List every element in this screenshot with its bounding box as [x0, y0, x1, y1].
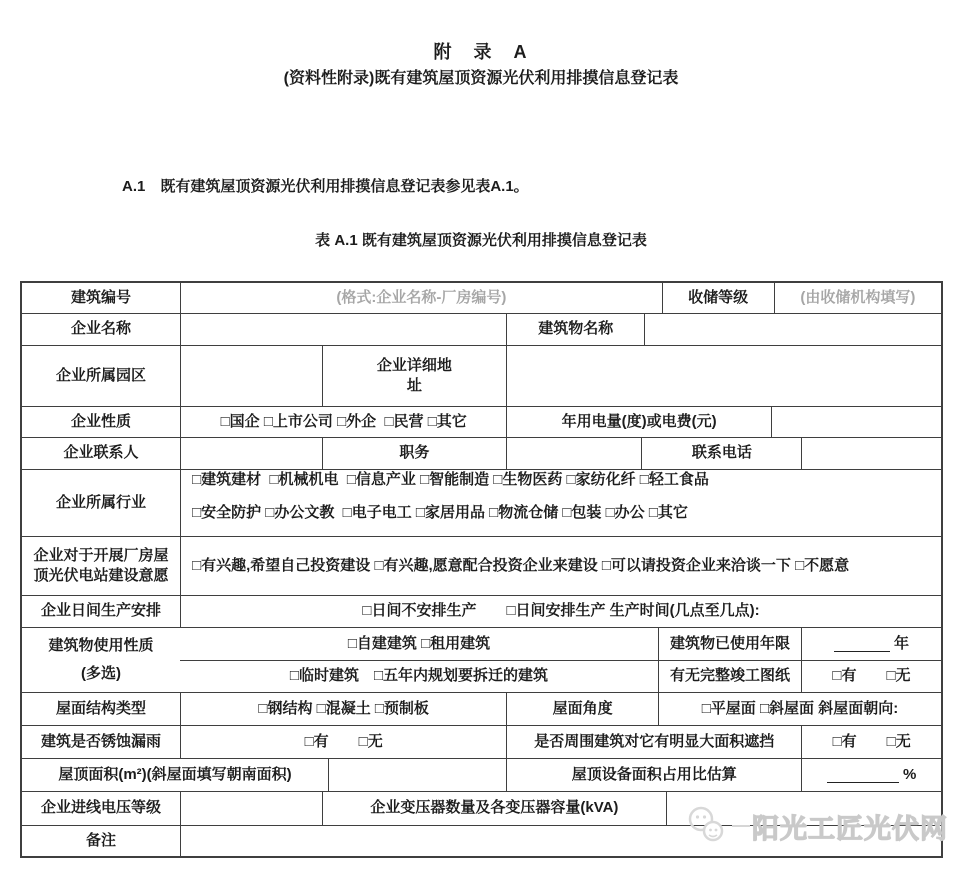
willingness-options[interactable]: □有兴趣,希望自己投资建设 □有兴趣,愿意配合投资企业来建设 □可以请投资企业来… — [180, 537, 941, 595]
industry-label: 企业所属行业 — [22, 470, 180, 536]
industry-options[interactable]: □建筑建材 □机械机电 □信息产业 □智能制造 □生物医药 □家纺化纤 □轻工食… — [180, 470, 941, 536]
company-name-label: 企业名称 — [22, 314, 180, 345]
years-used-blank[interactable] — [834, 636, 890, 653]
shading-options[interactable]: □有 □无 — [801, 726, 941, 758]
daytime-schedule-options[interactable]: □日间不安排生产 □日间安排生产 生产时间(几点至几点): — [180, 596, 941, 627]
equipment-ratio-blank[interactable] — [827, 767, 899, 784]
years-used-label: 建筑物已使用年限 — [658, 628, 801, 660]
row-company-name: 企业名称 建筑物名称 — [22, 313, 941, 345]
section-a1-text: A.1 既有建筑屋顶资源光伏利用排摸信息登记表参见表A.1。 — [122, 175, 529, 196]
usage-subrow-1: □自建建筑 □租用建筑 建筑物已使用年限 年 — [180, 628, 941, 660]
row-usage-nature: 建筑物使用性质 (多选) □自建建筑 □租用建筑 建筑物已使用年限 年 □临时建… — [22, 627, 941, 692]
registration-form-table: 建筑编号 (格式:企业名称-厂房编号) 收储等级 (由收储机构填写) 企业名称 … — [20, 281, 943, 858]
rust-leak-options[interactable]: □有 □无 — [180, 726, 506, 758]
daytime-schedule-label: 企业日间生产安排 — [22, 596, 180, 627]
row-park-address: 企业所属园区 企业详细地址 — [22, 345, 941, 406]
usage-subrow-2: □临时建筑 □五年内规划要拆迁的建筑 有无完整竣工图纸 □有 □无 — [180, 660, 941, 692]
usage-options-line2[interactable]: □临时建筑 □五年内规划要拆迁的建筑 — [180, 661, 658, 692]
phone-input-cell[interactable] — [801, 438, 941, 469]
usage-nature-subrows: □自建建筑 □租用建筑 建筑物已使用年限 年 □临时建筑 □五年内规划要拆迁的建… — [180, 628, 941, 692]
appendix-subtitle: (资料性附录)既有建筑屋顶资源光伏利用排摸信息登记表 — [0, 65, 962, 88]
remarks-input-cell[interactable] — [180, 826, 941, 856]
phone-label: 联系电话 — [641, 438, 801, 469]
years-used-input-cell[interactable]: 年 — [801, 628, 941, 660]
row-rust-leak: 建筑是否锈蚀漏雨 □有 □无 是否周围建筑对它有明显大面积遮挡 □有 □无 — [22, 725, 941, 758]
transformer-input-cell[interactable] — [666, 792, 941, 825]
roof-area-input-cell[interactable] — [328, 759, 506, 791]
row-roof-structure: 屋面结构类型 □钢结构 □混凝土 □预制板 屋面角度 □平屋面 □斜屋面 斜屋面… — [22, 692, 941, 725]
drawings-label: 有无完整竣工图纸 — [658, 661, 801, 692]
shading-label: 是否周围建筑对它有明显大面积遮挡 — [506, 726, 801, 758]
willingness-label: 企业对于开展厂房屋顶光伏电站建设意愿 — [22, 537, 180, 595]
drawings-options[interactable]: □有 □无 — [801, 661, 941, 692]
usage-options-line1[interactable]: □自建建筑 □租用建筑 — [180, 628, 658, 660]
storage-grade-label: 收储等级 — [662, 283, 774, 313]
industry-options-line2[interactable]: □安全防护 □办公文教 □电子电工 □家居用品 □物流仓储 □包装 □办公 □其… — [192, 503, 688, 523]
roof-angle-options[interactable]: □平屋面 □斜屋面 斜屋面朝向: — [658, 693, 941, 725]
row-roof-area: 屋顶面积(m²)(斜屋面填写朝南面积) 屋顶设备面积占用比估算 % — [22, 758, 941, 791]
rust-leak-label: 建筑是否锈蚀漏雨 — [22, 726, 180, 758]
roof-area-label: 屋顶面积(m²)(斜屋面填写朝南面积) — [22, 759, 328, 791]
company-name-input-cell[interactable] — [180, 314, 506, 345]
equipment-ratio-label: 屋顶设备面积占用比估算 — [506, 759, 801, 791]
row-daytime-schedule: 企业日间生产安排 □日间不安排生产 □日间安排生产 生产时间(几点至几点): — [22, 595, 941, 627]
building-name-input-cell[interactable] — [644, 314, 941, 345]
company-nature-options[interactable]: □国企 □上市公司 □外企 □民营 □其它 — [180, 407, 506, 437]
voltage-level-input-cell[interactable] — [180, 792, 322, 825]
roof-structure-label: 屋面结构类型 — [22, 693, 180, 725]
company-park-label: 企业所属园区 — [22, 346, 180, 406]
company-nature-label: 企业性质 — [22, 407, 180, 437]
voltage-level-label: 企业进线电压等级 — [22, 792, 180, 825]
position-input-cell[interactable] — [506, 438, 641, 469]
contact-input-cell[interactable] — [180, 438, 322, 469]
roof-structure-options[interactable]: □钢结构 □混凝土 □预制板 — [180, 693, 506, 725]
row-willingness: 企业对于开展厂房屋顶光伏电站建设意愿 □有兴趣,希望自己投资建设 □有兴趣,愿意… — [22, 536, 941, 595]
row-building-no: 建筑编号 (格式:企业名称-厂房编号) 收储等级 (由收储机构填写) — [22, 283, 941, 313]
contact-label: 企业联系人 — [22, 438, 180, 469]
storage-grade-input-cell[interactable]: (由收储机构填写) — [774, 283, 941, 313]
industry-options-line1[interactable]: □建筑建材 □机械机电 □信息产业 □智能制造 □生物医药 □家纺化纤 □轻工食… — [192, 470, 709, 490]
row-company-nature: 企业性质 □国企 □上市公司 □外企 □民营 □其它 年用电量(度)或电费(元) — [22, 406, 941, 437]
roof-angle-label: 屋面角度 — [506, 693, 658, 725]
row-remarks: 备注 — [22, 825, 941, 856]
row-industry: 企业所属行业 □建筑建材 □机械机电 □信息产业 □智能制造 □生物医药 □家纺… — [22, 469, 941, 536]
building-name-label: 建筑物名称 — [506, 314, 644, 345]
annual-power-input-cell[interactable] — [771, 407, 941, 437]
building-no-input-cell[interactable]: (格式:企业名称-厂房编号) — [180, 283, 662, 313]
usage-nature-label: 建筑物使用性质 (多选) — [22, 628, 180, 692]
appendix-title: 附 录 A — [0, 38, 962, 64]
document-page: 附 录 A (资料性附录)既有建筑屋顶资源光伏利用排摸信息登记表 A.1 既有建… — [0, 0, 962, 869]
table-caption: 表 A.1 既有建筑屋顶资源光伏利用排摸信息登记表 — [0, 229, 962, 250]
company-park-input-cell[interactable] — [180, 346, 322, 406]
company-address-input-cell[interactable] — [506, 346, 941, 406]
annual-power-label: 年用电量(度)或电费(元) — [506, 407, 771, 437]
remarks-label: 备注 — [22, 826, 180, 856]
row-voltage: 企业进线电压等级 企业变压器数量及各变压器容量(kVA) — [22, 791, 941, 825]
row-contact: 企业联系人 职务 联系电话 — [22, 437, 941, 469]
transformer-label: 企业变压器数量及各变压器容量(kVA) — [322, 792, 667, 825]
building-no-label: 建筑编号 — [22, 283, 180, 313]
company-address-label: 企业详细地址 — [322, 346, 507, 406]
equipment-ratio-input-cell[interactable]: % — [801, 759, 941, 791]
position-label: 职务 — [322, 438, 507, 469]
